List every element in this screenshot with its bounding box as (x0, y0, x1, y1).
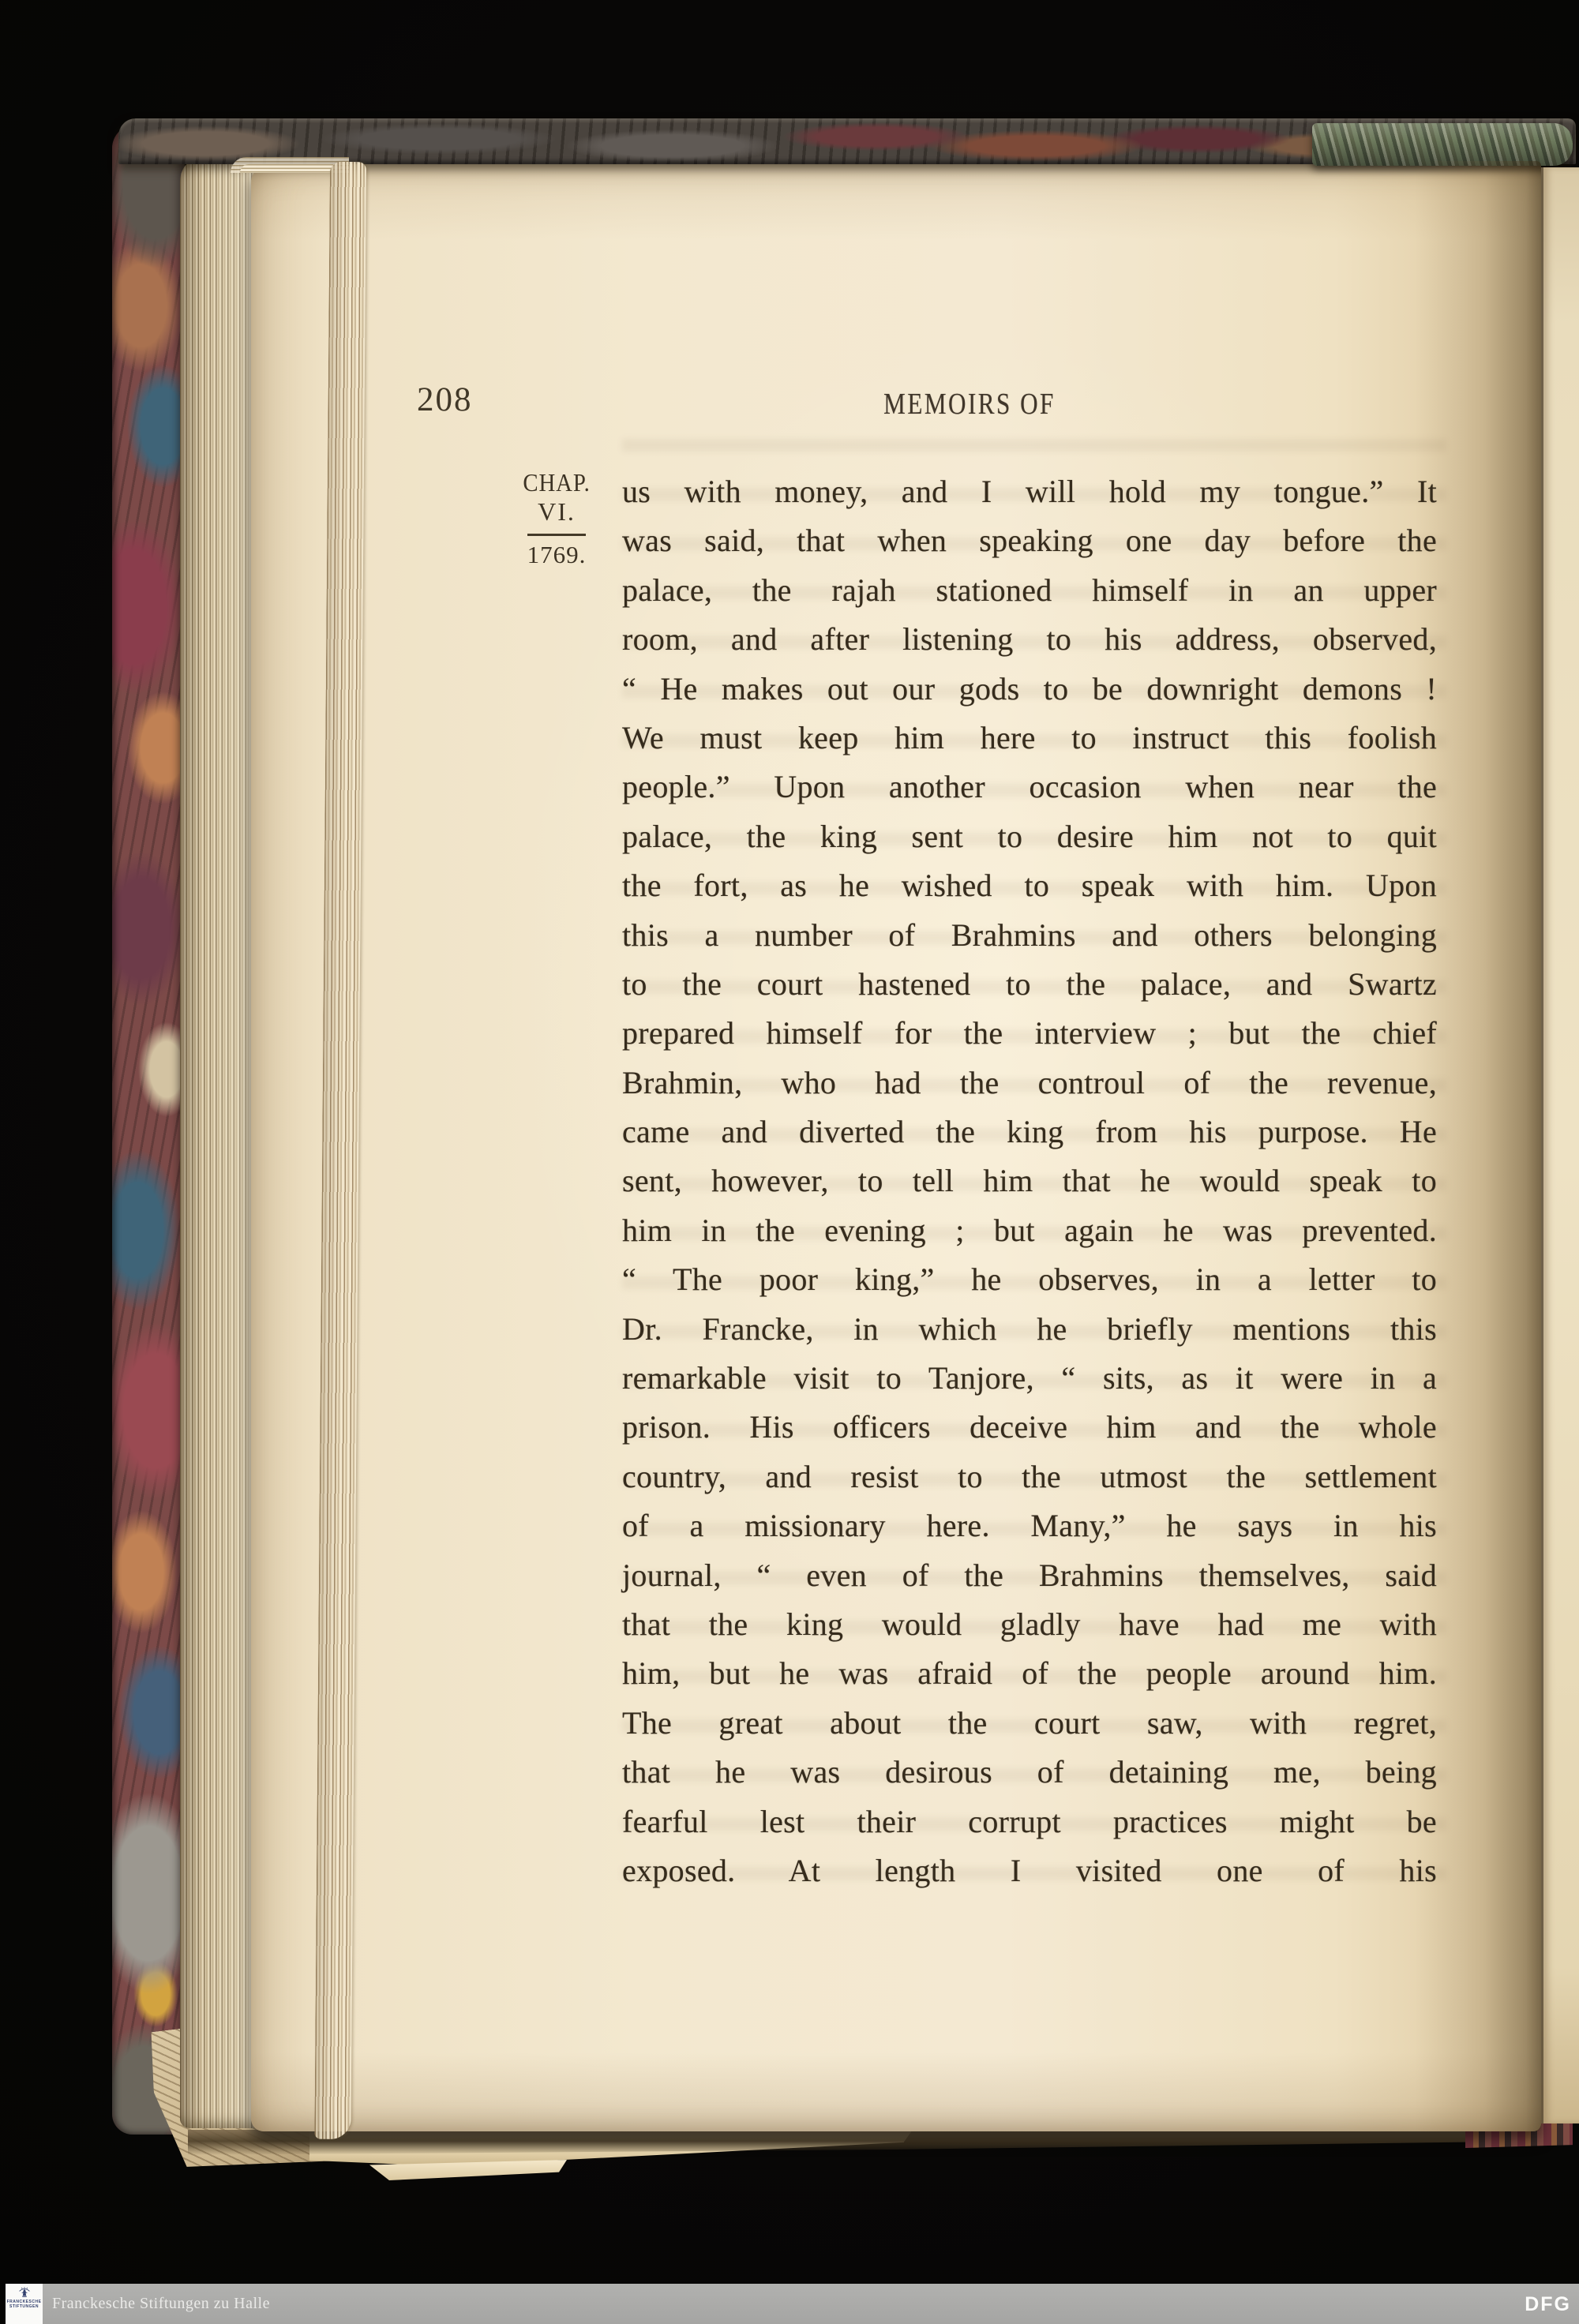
chapter-rule (527, 534, 586, 536)
facing-page-edge-strip (1541, 167, 1579, 2123)
body-text-line: room, and after listening to his address… (622, 615, 1437, 664)
chapter-label: CHAP. (512, 467, 601, 497)
institution-logo: FRANCKESCHE STIFTUNGEN (6, 2284, 43, 2324)
stacked-page-corner-lines (240, 164, 333, 173)
body-text-line: was said, that when speaking one day bef… (622, 516, 1437, 565)
body-text-line: We must keep him here to instruct this f… (622, 714, 1437, 763)
page-edge-stack-left (180, 155, 256, 2128)
body-text-line: journal, “ even of the Brahmins themselv… (622, 1551, 1437, 1600)
body-text-line: “ He makes out our gods to be downright … (622, 665, 1437, 714)
body-text-line: that the king would gladly have had me w… (622, 1600, 1437, 1649)
body-text-line: palace, the rajah stationed himself in a… (622, 566, 1437, 615)
body-text-line: that he was desirous of detaining me, be… (622, 1748, 1437, 1797)
institution-logo-text-line2: STIFTUNGEN (6, 2304, 43, 2309)
dfg-logo: DFG (1525, 2284, 1571, 2324)
body-text-line: us with money, and I will hold my tongue… (622, 467, 1437, 516)
body-text-line: this a number of Brahmins and others bel… (622, 911, 1437, 960)
body-text-line: country, and resist to the utmost the se… (622, 1452, 1437, 1501)
body-text-line: palace, the king sent to desire him not … (622, 812, 1437, 861)
chapter-numeral: VI. (507, 497, 606, 527)
footer-bar: Franckesche Stiftungen zu Halle DFG (41, 2284, 1579, 2324)
body-text-line: remarkable visit to Tanjore, “ sits, as … (622, 1354, 1437, 1403)
body-text-line: prison. His officers deceive him and the… (622, 1403, 1437, 1452)
body-text-line: of a missionary here. Many,” he says in … (622, 1501, 1437, 1550)
francke-foundations-eagle-icon (17, 2286, 32, 2299)
body-text-line: came and diverted the king from his purp… (622, 1108, 1437, 1156)
body-text-line: prepared himself for the interview ; but… (622, 1009, 1437, 1058)
body-text-line: him, but he was afraid of the people aro… (622, 1649, 1437, 1698)
running-head: MEMOIRS OF (846, 387, 1093, 422)
body-text-line: to the court hastened to the palace, and… (622, 960, 1437, 1009)
page-number: 208 (417, 380, 473, 419)
body-text-line: sent, however, to tell him that he would… (622, 1156, 1437, 1205)
body-text-line: The great about the court saw, with regr… (622, 1699, 1437, 1748)
page-bottom-shadow (188, 2130, 1543, 2155)
body-text-line: him in the evening ; but again he was pr… (622, 1206, 1437, 1255)
marbled-board-edge-left (112, 125, 185, 2135)
body-text-line: people.” Upon another occasion when near… (622, 763, 1437, 812)
body-text: us with money, and I will hold my tongue… (622, 467, 1437, 1895)
scanned-book-page: 208 MEMOIRS OF CHAP. VI. 1769. us with m… (0, 0, 1579, 2324)
chapter-year: 1769. (507, 542, 606, 568)
body-text-line: fearful lest their corrupt practices mig… (622, 1797, 1437, 1846)
chapter-margin-note: CHAP. VI. 1769. (507, 467, 606, 568)
body-text-line: exposed. At length I visited one of his (622, 1846, 1437, 1895)
body-text-line: Dr. Francke, in which he briefly mention… (622, 1305, 1437, 1354)
headband-top-right (1312, 123, 1573, 166)
body-text-line: Brahmin, who had the controul of the rev… (622, 1059, 1437, 1108)
body-text-line: the fort, as he wished to speak with him… (622, 861, 1437, 910)
footer-bar-title: Franckesche Stiftungen zu Halle (52, 2284, 270, 2324)
body-text-line: “ The poor king,” he observes, in a lett… (622, 1255, 1437, 1304)
